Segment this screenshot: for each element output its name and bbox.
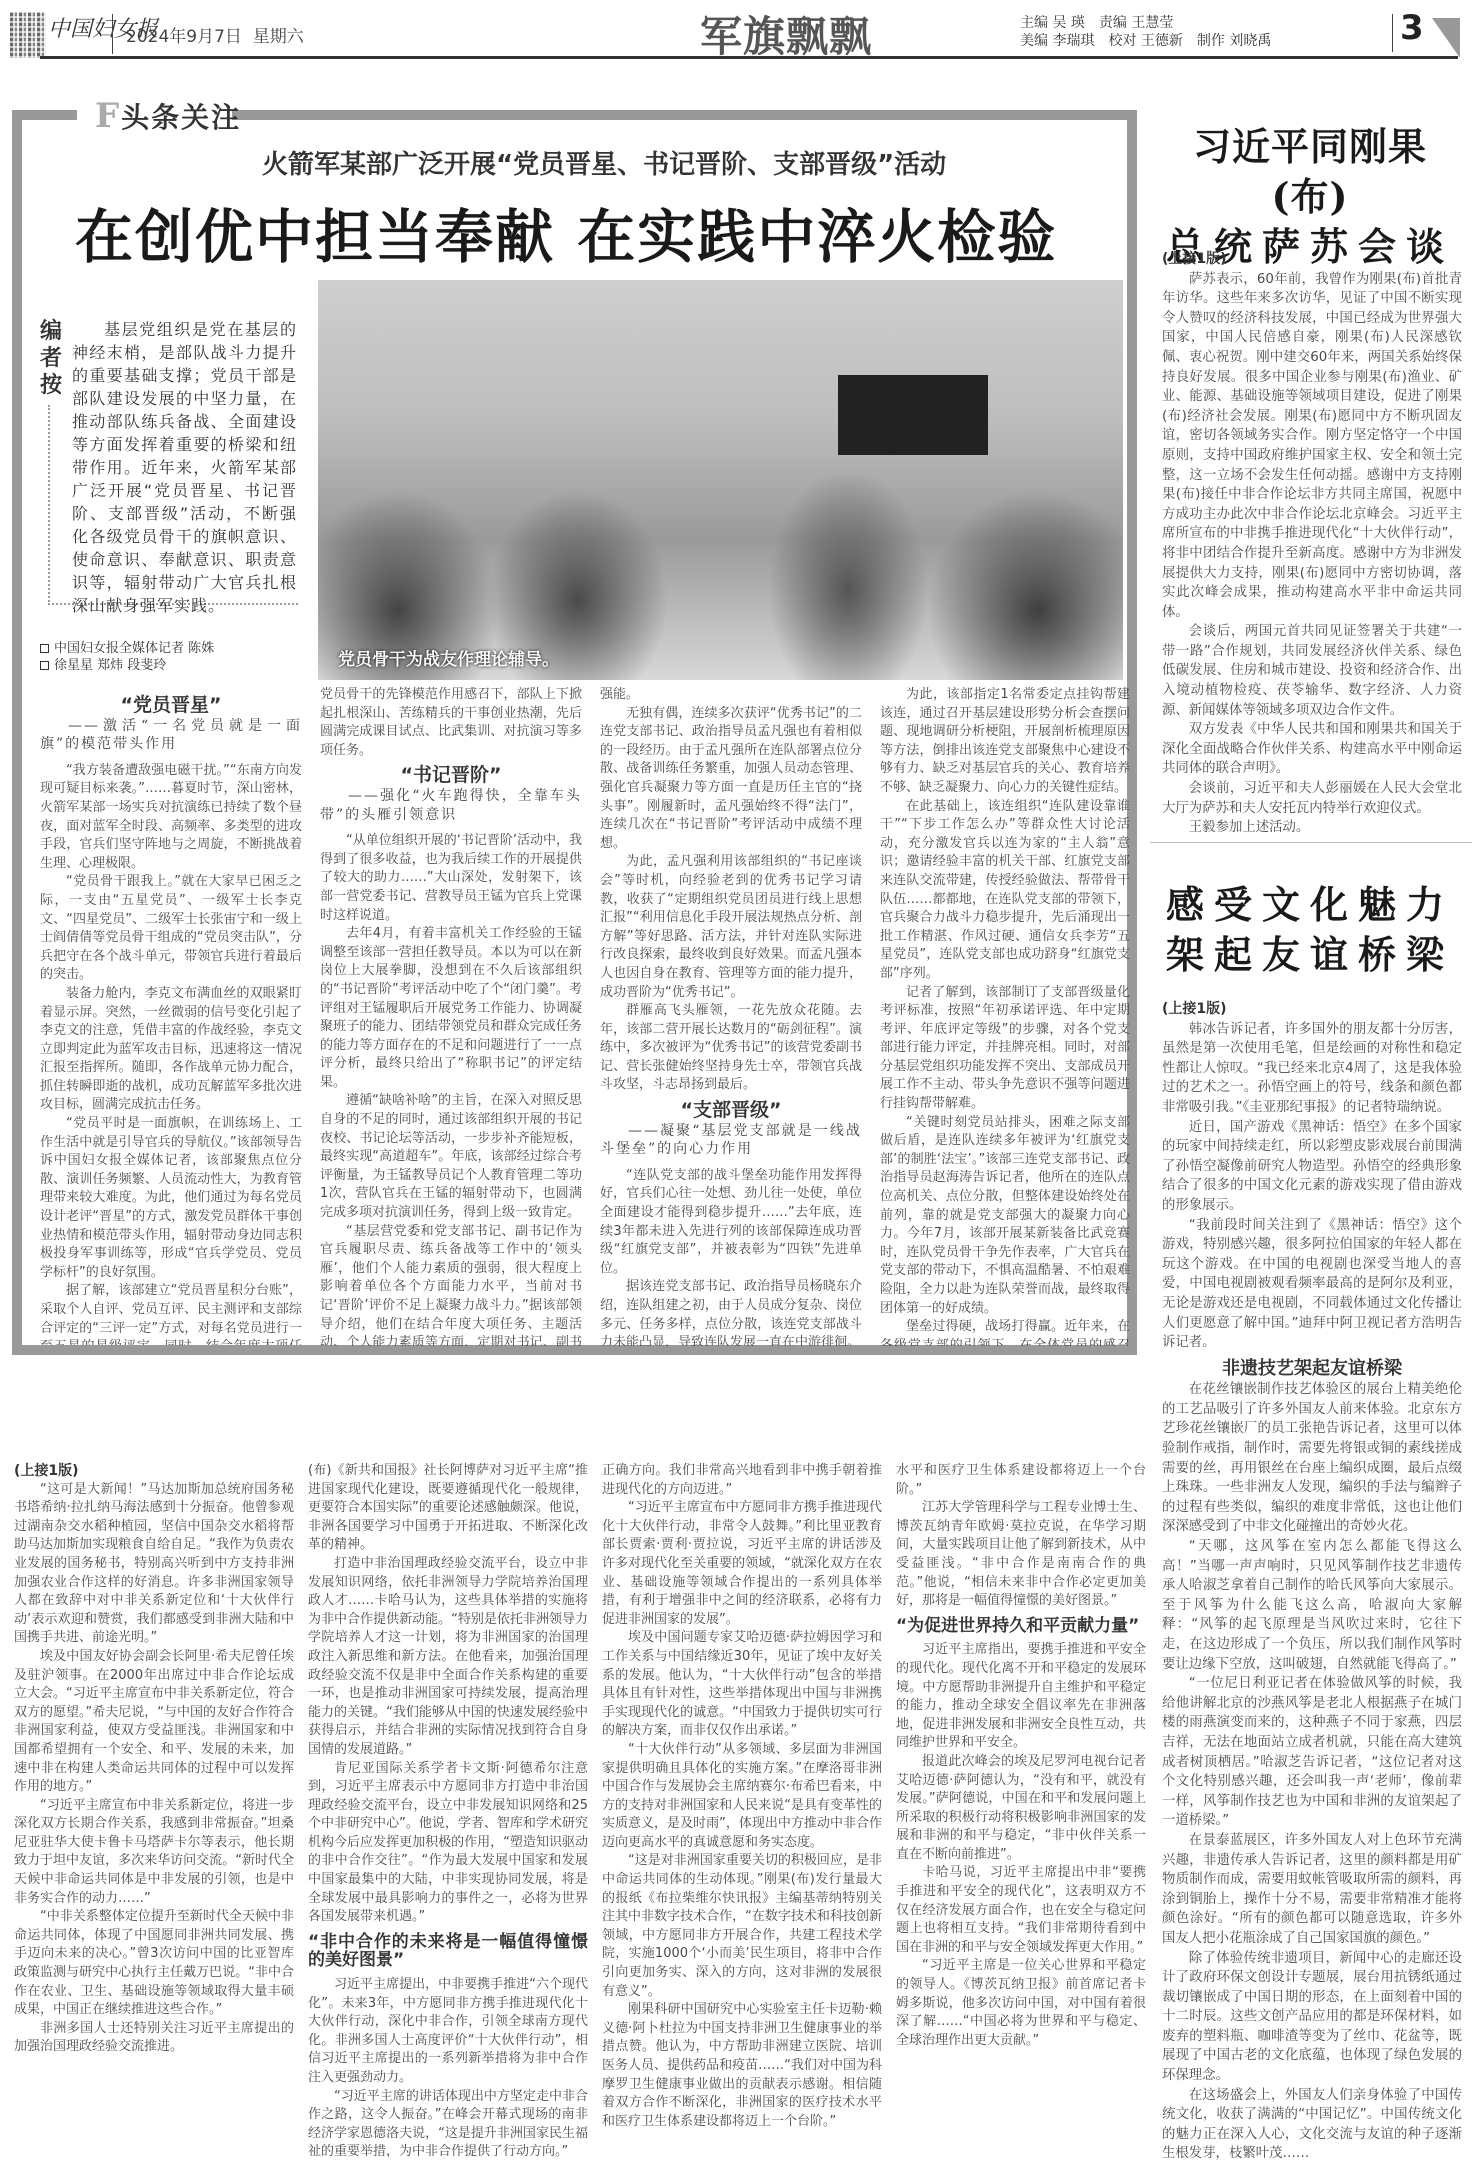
paragraph: 埃及中国问题专家艾哈迈德·萨拉姆因学习和工作关系与中国结缘近30年，见证了埃中友…: [602, 1629, 882, 1741]
page-corner-tab: [1432, 18, 1460, 58]
paragraph: 无独有偶，连续多次获评“优秀书记”的二连党支部书记、政治指导员孟凡强也有着相似的…: [600, 705, 862, 854]
feature-column-4: 为此，该部指定1名常委定点挂钩帮建该连，通过召开基层建设形势分析会查摆问题、现地…: [880, 686, 1130, 1346]
paragraph: 群雁高飞头雁领，一花先放众花随。去年，该部二营开展长达数月的“砺剑征程”。演练中…: [600, 1002, 862, 1095]
paragraph: 记者了解到，该部制订了支部晋级量化考评标准，按照“年初承诺评选、年中定期考评、年…: [880, 984, 1130, 1114]
paragraph: 韩冰告诉记者，许多国外的朋友都十分厉害，虽然是第一次使用毛笔，但是绘画的对称性和…: [1162, 1020, 1462, 1118]
paragraph: 双方发表《中华人民共和国和刚果共和国关于深化全面战略合作伙伴关系、构建高水平中刚…: [1162, 720, 1462, 779]
article-xi-sassou-body: (上接1版) 萨苏表示，60年前，我曾作为刚果(布)首批青年访华。这些年来多次访…: [1162, 250, 1462, 835]
feature-column-1: “党员晋星” ——激活“一名党员就是一面旗”的模范带头作用 “我方装备遭敌强电磁…: [40, 690, 302, 1345]
paragraph: 在此基础上，该连组织“连队建设靠谁干”“下步工作怎么办”等群众性大讨论活动，充分…: [880, 798, 1130, 984]
paragraph: “这是对非洲国家重要关切的积极回应，是非中命运共同体的生动体现。”刚果(布)发行…: [602, 1852, 882, 2001]
paragraph: 正确方向。我们非常高兴地看到非中携手朝着推进现代化的方向迈进。”: [602, 1462, 882, 1499]
feature-headline: 在创优中担当奉献 在实践中淬火检验: [75, 190, 1057, 274]
paragraph: “这可是大新闻！”马达加斯加总统府国务秘书塔希纳·拉扎纳马海法感到十分振奋。他曾…: [14, 1481, 294, 1648]
square-bullet-icon: [40, 644, 49, 653]
paragraph: “天哪，这风筝在室内怎么都能飞得这么高！”当哪一声声响时，只见风筝制作技艺非遗传…: [1162, 1537, 1462, 1674]
editor-note-label: 编者按: [40, 318, 62, 399]
paragraph: “我前段时间关注到了《黑神话：悟空》这个游戏，特别感兴趣，很多阿拉伯国家的年轻人…: [1162, 1216, 1462, 1353]
paragraph: 习近平主席指出，要携手推进和平安全的现代化。现代化离不开和平稳定的发展环境。中方…: [896, 1641, 1146, 1753]
feature-column-2: 党员骨干的先锋模范作用感召下，部队上下掀起扎根深山、苦练精兵的干事创业热潮，先后…: [320, 686, 582, 1346]
paragraph: 打造中非治国理政经验交流平台，设立中非发展知识网络，依托非洲领导力学院培养治国理…: [308, 1555, 588, 1760]
paragraph: 王毅参加上述活动。: [1162, 818, 1462, 835]
paragraph: “连队党支部的战斗堡垒功能作用发挥得好，官兵们心往一处想、劲儿往一处使，单位全面…: [600, 1167, 862, 1279]
paragraph: 强能。: [600, 686, 862, 705]
photo-tv-screen: [838, 375, 988, 455]
paragraph: “基层营党委和党支部书记、副书记作为官兵履职尽责、练兵备战等工作中的‘领头雁’，…: [320, 1223, 582, 1346]
paragraph: 党员骨干的先锋模范作用感召下，部队上下掀起扎根深山、苦练精兵的干事创业热潮，先后…: [320, 686, 582, 760]
paragraph: “党员骨干跟我上。”就在大家早已困乏之际，一支由“五星党员”、一级军士长李克文、…: [40, 873, 302, 985]
lower-column-4: 水平和医疗卫生体系建设都将迈上一个台阶。” 江苏大学管理科学与工程专业博士生、博…: [896, 1462, 1146, 2157]
paragraph: 装备力舱内，李克文布满血丝的双眼紧盯着显示屏。突然，一丝微弱的信号变化引起了李克…: [40, 985, 302, 1115]
feature-frame-top-right: [232, 110, 1137, 120]
subsection-title: 非遗技艺架起友谊桥梁: [1162, 1359, 1462, 1379]
paragraph: “习近平主席宣布中非关系新定位，将进一步深化双方长期合作关系，我感到非常振奋。”…: [14, 1797, 294, 1909]
paragraph: “习近平主席宣布中方愿同非方携手推进现代化十大伙伴行动，非常令人鼓舞。”利比里亚…: [602, 1499, 882, 1629]
paragraph: 会谈前，习近平和夫人彭丽媛在人民大会堂北大厅为萨苏和夫人安托瓦内特举行欢迎仪式。: [1162, 779, 1462, 818]
qr-code-icon: [10, 12, 46, 58]
editor-note-text: 基层党组织是党在基层的神经末梢，是部队战斗力提升的重要基础支撑；党员干部是部队建…: [72, 318, 297, 617]
issue-date: 2024年9月7日 星期六: [126, 22, 304, 47]
masthead-rule: [40, 56, 1458, 59]
section-title: 军旗飘飘: [700, 4, 872, 64]
paragraph: “从单位组织开展的‘书记晋阶’活动中，我得到了很多收益，也为我后续工作的开展提供…: [320, 832, 582, 925]
paragraph: 会谈后，两国元首共同见证签署关于共建“一带一路”合作规划，共同发展经济伙伴关系、…: [1162, 622, 1462, 720]
feature-column-3: 强能。 无独有偶，连续多次获评“优秀书记”的二连党支部书记、政治指导员孟凡强也有…: [600, 686, 862, 1346]
paragraph: 卡哈马说，习近平主席提出中非“要携手推进和平安全的现代化”，这表明双方不仅在经济…: [896, 1864, 1146, 1957]
section-title-secretary: “书记晋阶”: [320, 766, 582, 785]
editorial-staff: 主编 吴 瑛 责编 王慧莹 美编 李瑞琪 校对 王德新 制作 刘晓禹: [1020, 14, 1271, 50]
continued-marker: (上接1版): [1162, 1000, 1462, 1020]
paragraph: 在花丝镶嵌制作技艺体验区的展台上精美绝伦的工艺品吸引了许多外国友人前来体验。北京…: [1162, 1380, 1462, 1537]
continued-marker: (上接1版): [14, 1462, 294, 1481]
feature-kicker: F头条关注: [95, 96, 241, 136]
paragraph: 为此，该部指定1名常委定点挂钩帮建该连，通过召开基层建设形势分析会查摆问题、现地…: [880, 686, 1130, 798]
feature-byline: 中国妇女报全媒体记者 陈姝 徐星星 郑炜 段斐玲: [40, 640, 214, 674]
paragraph: “习近平主席的讲话体现出中方坚定走中非合作之路，这令人振奋。”在峰会开幕式现场的…: [308, 2088, 588, 2157]
subhead-world-peace: “为促进世界持久和平贡献力量”: [896, 1617, 1146, 1636]
paragraph: 报道此次峰会的埃及尼罗河电视台记者艾哈迈德·萨阿德认为，“没有和平，就没有发展。…: [896, 1753, 1146, 1865]
feature-frame-top-left: [12, 110, 77, 120]
lower-column-1: (上接1版) “这可是大新闻！”马达加斯加总统府国务秘书塔希纳·拉扎纳马海法感到…: [14, 1462, 294, 2157]
section-tag: ——凝聚“基层党支部就是一线战斗堡垒”的向心力作用: [600, 1122, 862, 1159]
paragraph: “一位尼日利亚记者在体验做风筝的时候，我给他讲解北京的沙燕风筝是老北人根据燕子在…: [1162, 1674, 1462, 1831]
section-tag: ——激活“一名党员就是一面旗”的模范带头作用: [40, 717, 302, 754]
paragraph: 近日，国产游戏《黑神话：悟空》在多个国家的玩家中间持续走红，所以彩塑皮影戏展台前…: [1162, 1118, 1462, 1216]
paragraph: 水平和医疗卫生体系建设都将迈上一个台阶。”: [896, 1462, 1146, 1499]
paragraph: 埃及中国友好协会副会长阿里·希夫尼曾任埃及驻沪领事。在2000年出席过中非合作论…: [14, 1648, 294, 1797]
continued-marker: (上接1版): [1162, 250, 1462, 270]
paragraph: 在景泰蓝展区，许多外国友人对上色环节充满兴趣，非遗传承人告诉记者，这里的颜料都是…: [1162, 1831, 1462, 1949]
section-tag: ——强化“火车跑得快，全靠车头带”的头雁引领意识: [320, 787, 582, 824]
paragraph: “关键时刻党员站排头，困难之际支部做后盾，是连队连续多年被评为‘红旗党支部’的制…: [880, 1114, 1130, 1319]
paragraph: 江苏大学管理科学与工程专业博士生、博茨瓦纳青年欧姆·莫拉克说，在华学习期间，大量…: [896, 1499, 1146, 1611]
paragraph: 据了解，该部建立“党员晋星积分台账”，采取个人自评、党员互评、民主测评和支部综合…: [40, 1282, 302, 1345]
subhead-future-picture: “非中合作的未来将是一幅值得憧憬的美好图景”: [308, 1933, 588, 1970]
paragraph: 去年4月，有着丰富机关工作经验的王锰调整至该部一营担任教导员。本以为可以在新岗位…: [320, 925, 582, 1092]
paragraph: 非洲多国人士还特别关注习近平主席提出的加强治国理政经验交流推进。: [14, 2020, 294, 2057]
paragraph: “十大伙伴行动”从多领域、多层面为非洲国家提供明确且具体化的实施方案。”在摩洛哥…: [602, 1741, 882, 1853]
paragraph: “习近平主席是一位关心世界和平稳定的领导人。《博茨瓦纳卫报》前首席记者卡姆多斯说…: [896, 1957, 1146, 2050]
paragraph: “中非关系整体定位提升至新时代全天候中非命运共同体，体现了中国愿同非洲共同发展、…: [14, 1908, 294, 2020]
paragraph: 萨苏表示，60年前，我曾作为刚果(布)首批青年访华。这些年来多次访华，见证了中国…: [1162, 270, 1462, 623]
article-divider: [1150, 842, 1472, 843]
photo-caption: 党员骨干为战友作理论辅导。: [338, 645, 559, 670]
page-number: 3: [1400, 8, 1424, 48]
article-title-culture: 感受文化魅力 架起友谊桥梁: [1160, 880, 1460, 980]
paragraph: 为此，孟凡强利用该部组织的“书记座谈会”等时机，向经验老到的优秀书记学习请教，收…: [600, 853, 862, 1002]
section-title-branch: “支部晋级”: [600, 1101, 862, 1120]
lower-column-2: (布)《新共和国报》社长阿博萨对习近平主席“推进国家现代化建设，既要遵循现代化一…: [308, 1462, 588, 2157]
section-title-party-member: “党员晋星”: [40, 696, 302, 715]
paragraph: 习近平主席提出，中非要携手推进“六个现代化”。未来3年，中方愿同非方携手推进现代…: [308, 1976, 588, 2088]
feature-subhead: 火箭军某部广泛开展“党员晋星、书记晋阶、支部晋级”活动: [262, 144, 946, 181]
masthead-divider: [112, 14, 113, 54]
paragraph: (布)《新共和国报》社长阿博萨对习近平主席“推进国家现代化建设，既要遵循现代化一…: [308, 1462, 588, 1555]
editor-note-border: [48, 405, 50, 605]
paragraph: 刚果科研中国研究中心实验室主任卡迈勒·赖义德·阿卜杜拉为中国支持非洲卫生健康事业…: [602, 2001, 882, 2131]
paragraph: 堡垒过得硬，战场打得赢。近年来，在各级党支部的引领下，在全体党员的感召下，该部官…: [880, 1318, 1130, 1346]
paragraph: 遵循“缺啥补啥”的主旨，在深入对照反思自身的不足的同时，通过该部组织开展的书记夜…: [320, 1092, 582, 1222]
paragraph: 据该连党支部书记、政治指导员杨晓东介绍，连队组建之初，由于人员成分复杂、岗位多元…: [600, 1278, 862, 1346]
paragraph: “我方装备遭敌强电磁干扰。”“东南方向发现可疑目标来袭。”……暮夏时节，深山密林…: [40, 762, 302, 874]
paragraph: 除了体验传统非遗项目，新闻中心的走廊还设计了政府环保文创设计专题展，展台用抗锈纸…: [1162, 1949, 1462, 2086]
lower-column-3: 正确方向。我们非常高兴地看到非中携手朝着推进现代化的方向迈进。” “习近平主席宣…: [602, 1462, 882, 2157]
paragraph: 肯尼亚国际关系学者卡文斯·阿德希尔注意到，习近平主席表示中方愿同非方打造中非治国…: [308, 1760, 588, 1927]
square-bullet-icon: [40, 661, 49, 670]
page-number-divider: [1392, 14, 1393, 52]
paragraph: 在这场盛会上，外国友人们亲身体验了中国传统文化，收获了满满的“中国记忆”。中国传…: [1162, 2086, 1462, 2160]
feature-photo: 党员骨干为战友作理论辅导。: [318, 280, 1123, 680]
paragraph: “党员平时是一面旗帜，在训练场上、工作生活中就是引导官兵的导航仪。”该部领导告诉…: [40, 1115, 302, 1282]
article-culture-body: (上接1版) 韩冰告诉记者，许多国外的朋友都十分厉害，虽然是第一次使用毛笔，但是…: [1162, 1000, 1462, 2160]
